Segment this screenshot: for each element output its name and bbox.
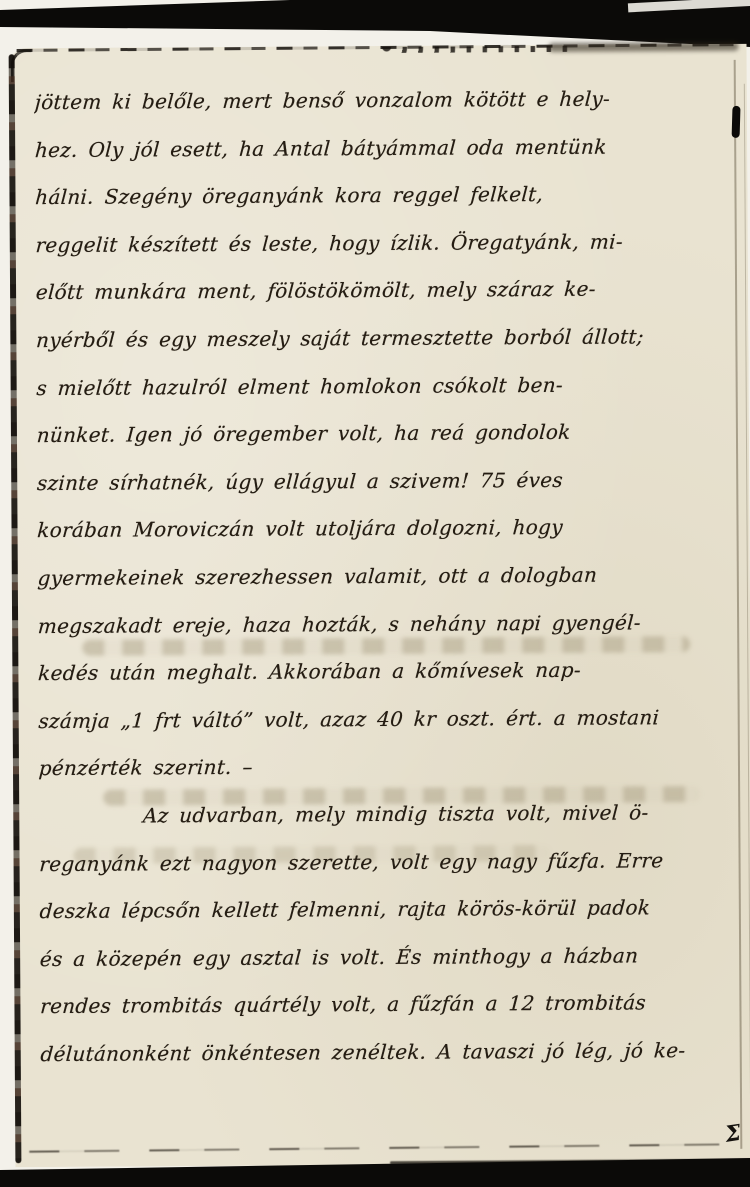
handwriting-line: és a közepén egy asztal is volt. És mint…	[39, 929, 730, 981]
page-left-ragged-edge	[9, 54, 22, 1163]
right-edge-ink-blot	[732, 106, 741, 138]
handwriting-line: szinte sírhatnék, úgy ellágyul a szivem!…	[36, 453, 727, 505]
handwriting-line: Az udvarban, mely mindig tiszta volt, mi…	[38, 786, 729, 838]
handwriting-line: nyérből és egy meszely saját termesztett…	[35, 310, 726, 362]
handwriting-line: megszakadt ereje, haza hozták, s nehány …	[37, 595, 728, 647]
handwriting-line: gyermekeinek szerezhessen valamit, ott a…	[36, 548, 727, 600]
handwriting-line: hez. Oly jól esett, ha Antal bátyámmal o…	[34, 119, 725, 171]
page-top-edge-ink-fuzz	[549, 42, 739, 52]
handwriting-line: számja „1 frt váltó” volt, azaz 40 kr os…	[37, 691, 728, 743]
handwriting-line: nünket. Igen jó öregember volt, ha reá g…	[35, 405, 726, 457]
handwriting-line: deszka lépcsőn kellett felmenni, rajta k…	[38, 881, 729, 933]
handwriting-line: előtt munkára ment, fölöstökömölt, mely …	[35, 262, 726, 314]
page-bottom-edge-line	[29, 1143, 739, 1152]
handwriting-line: kedés után meghalt. Akkorában a kőmívese…	[37, 643, 728, 695]
handwriting-line: délutánonként önkéntesen zenéltek. A tav…	[39, 1024, 730, 1076]
handwriting-line: reggelit készített és leste, hogy ízlik.…	[34, 215, 725, 267]
scanned-manuscript-page: jöttem ki belőle, mert benső vonzalom kö…	[0, 0, 750, 1187]
handwriting-line: reganyánk ezt nagyon szerette, volt egy …	[38, 833, 729, 885]
handwriting-line: jöttem ki belőle, mert benső vonzalom kö…	[33, 72, 724, 124]
handwriting-line: pénzérték szerint. –	[37, 738, 728, 790]
paragraph-1: jöttem ki belőle, mert benső vonzalom kö…	[35, 72, 727, 790]
page-right-outer-edge-line	[744, 84, 750, 1153]
handwriting-line: rendes trombitás quártély volt, a fűzfán…	[39, 976, 730, 1028]
paragraph-2: Az udvarban, mely mindig tiszta volt, mi…	[39, 786, 729, 1076]
page-right-edge-line	[734, 60, 743, 1149]
handwriting-line: hálni. Szegény öreganyánk kora reggel fe…	[34, 167, 725, 219]
handwriting-line: s mielőtt hazulról elment homlokon csóko…	[35, 357, 726, 409]
handwriting-line: korában Moroviczán volt utoljára dolgozn…	[36, 500, 727, 552]
handwritten-text-block: jöttem ki belőle, mert benső vonzalom kö…	[35, 72, 729, 1076]
manuscript-paper: jöttem ki belőle, mert benső vonzalom kö…	[9, 44, 750, 1167]
